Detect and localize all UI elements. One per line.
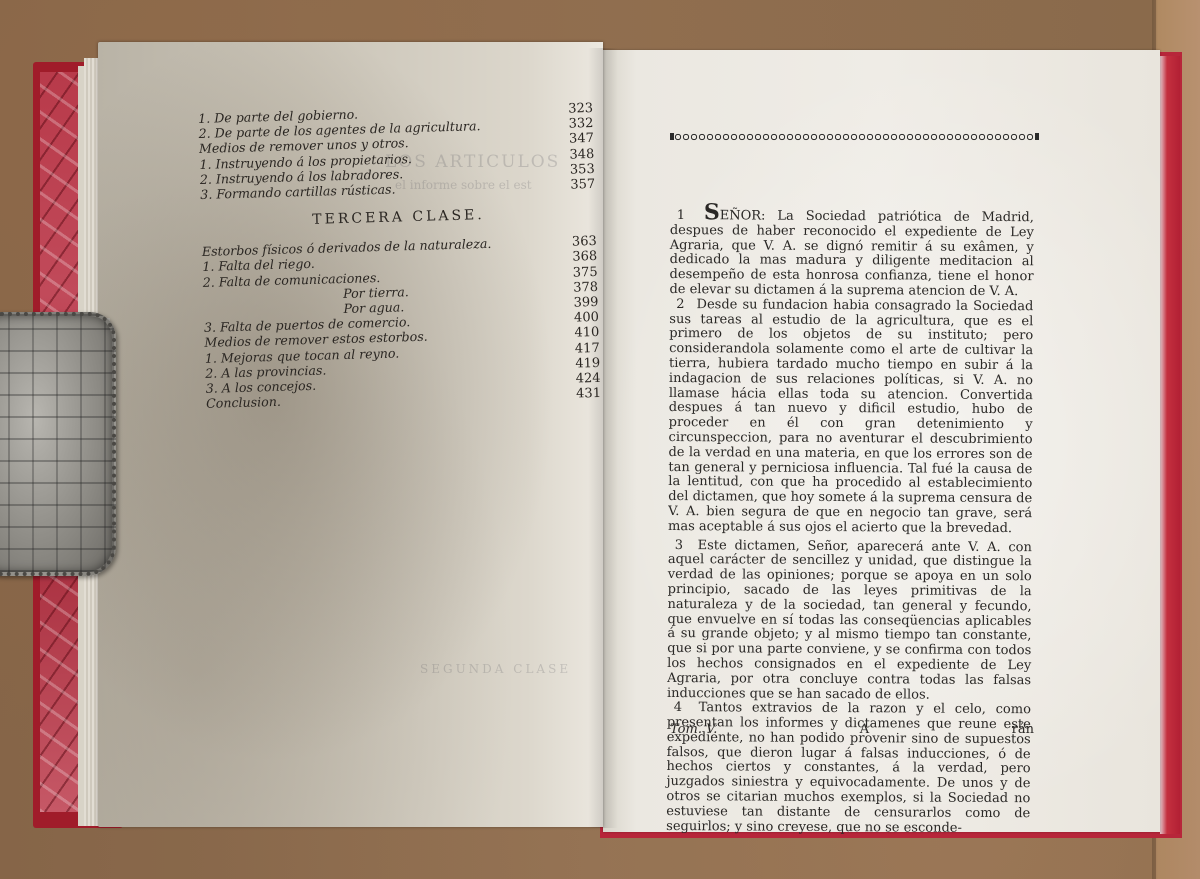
paragraph-text: Este dictamen, Señor, aparecerá ante V. … (667, 538, 1032, 702)
showthrough-heading: SEGUNDA CLASE (420, 662, 571, 676)
volume-label: Tom. V. (670, 722, 717, 737)
book-cover-right-edge (1160, 56, 1180, 834)
ornament-cap-left (670, 133, 674, 140)
ornamental-rule (674, 132, 1034, 142)
toc-page-number: 363 (572, 235, 597, 250)
drop-cap: S (704, 199, 720, 225)
toc-page-number: 353 (570, 163, 595, 178)
toc-page-number: 419 (575, 357, 600, 372)
signature-mark: A (860, 722, 869, 737)
catchword: rán (1012, 722, 1034, 737)
main-text: 1 SEÑOR: La Sociedad patriótica de Madri… (666, 205, 1034, 837)
toc-page-number: 347 (569, 132, 594, 147)
toc-page-number: 357 (570, 178, 595, 193)
paragraph-text: Tantos extravios de la razon y el celo, … (666, 700, 1031, 835)
toc-page-number: 348 (569, 148, 594, 163)
paragraph-1: 1 SEÑOR: La Sociedad patriótica de Madri… (669, 205, 1034, 300)
toc-page-number: 323 (568, 102, 593, 117)
toc-page-number: 424 (576, 372, 601, 387)
small-caps-word: EÑOR (720, 208, 761, 223)
toc-page-number: 368 (572, 250, 597, 265)
toc-heading: TERCERA CLASE. (201, 204, 596, 231)
toc-page-number: 332 (568, 117, 593, 132)
table-of-contents: 1. De parte del gobierno.3232. De parte … (198, 101, 601, 412)
toc-page-number: 400 (574, 311, 599, 326)
paragraph-text: Desde su fundacion habia consagrado la S… (668, 297, 1033, 536)
paragraph-number: 4 (667, 701, 689, 716)
paragraph-number: 3 (668, 539, 690, 554)
metal-page-clip-icon[interactable] (0, 312, 116, 576)
toc-page-number: 410 (574, 326, 599, 341)
page-footer: Tom. V. A rán (670, 722, 1034, 737)
toc-page-number: 431 (576, 387, 601, 402)
toc-section-1: 1. De parte del gobierno.3232. De parte … (198, 101, 595, 203)
toc-entry-label: Conclusion. (206, 395, 281, 411)
paragraph-3: 3 Este dictamen, Señor, aparecerá ante V… (667, 539, 1032, 704)
ornament-cap-right (1035, 133, 1039, 140)
toc-page-number: 399 (573, 296, 598, 311)
toc-page-number: 378 (573, 281, 598, 296)
toc-entry-label: 3. Formando cartillas rústicas. (200, 183, 396, 203)
paragraph-number: 2 (669, 298, 691, 313)
toc-page-number: 375 (573, 266, 598, 281)
paragraph-2: 2 Desde su fundacion habia consagrado la… (668, 298, 1033, 537)
paragraph-number: 1 (670, 209, 692, 224)
toc-page-number: 417 (575, 342, 600, 357)
toc-section-2: Estorbos físicos ó derivados de la natur… (202, 234, 602, 412)
